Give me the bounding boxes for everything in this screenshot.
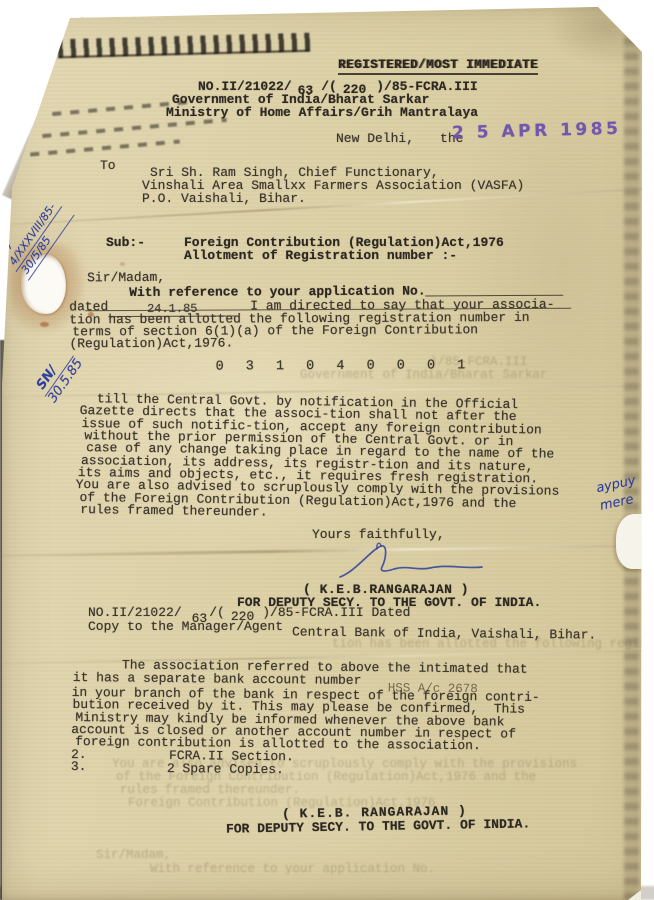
list-item-3-text: 2 Spare Copies. [167, 762, 284, 776]
letter-paper: Government of India/Bharat Sarkar )/85-F… [0, 0, 654, 900]
paragraph-3: The association referred to above the in… [0, 0, 654, 900]
list-item-3-num: 3. [71, 760, 87, 773]
